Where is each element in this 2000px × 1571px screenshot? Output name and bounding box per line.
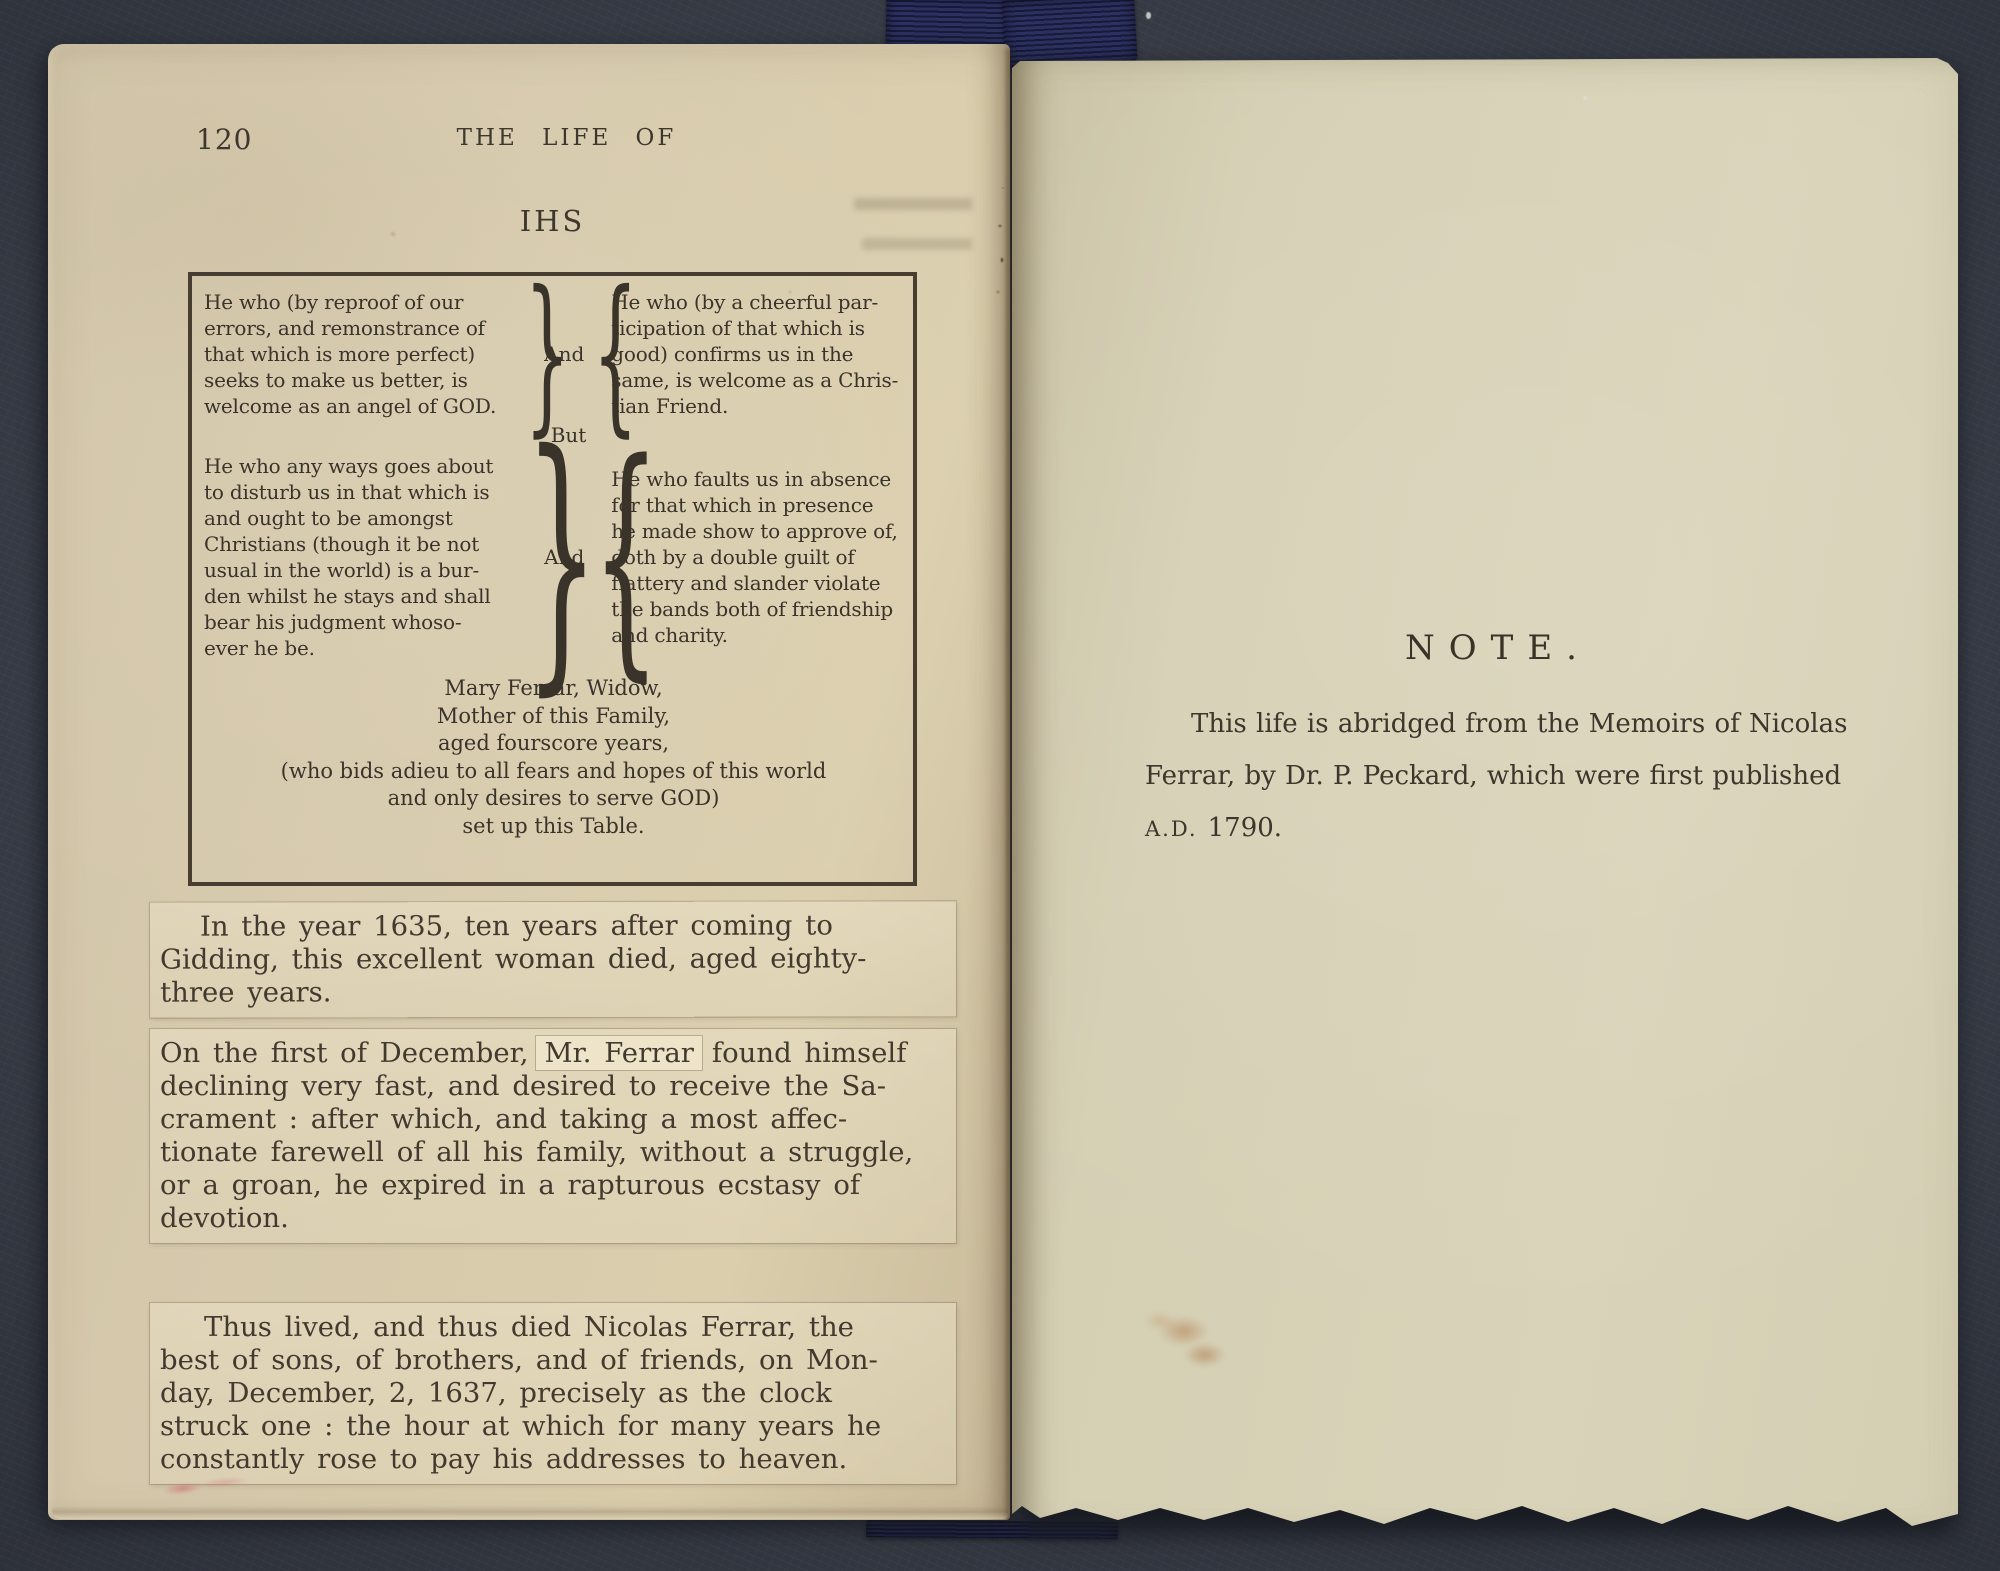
era-abbreviation: A.D. — [1145, 817, 1198, 841]
page-bottom-edge — [52, 1506, 1008, 1519]
note-line-3: A.D.1790. — [1145, 802, 1925, 854]
paragraph-2-start: On the first of December, — [160, 1037, 528, 1069]
paragraph-1: In the year 1635, ten years after coming… — [150, 901, 956, 1017]
opening-brace: { — [593, 459, 604, 656]
table-row1-right-text: He who (by a cheerful par- ticipation of… — [611, 289, 903, 419]
left-page: 120 THE LIFE OF IHS He who (by reproof o… — [48, 44, 1010, 1520]
table-frame: He who (by reproof of our errors, and re… — [188, 272, 917, 886]
publication-year: 1790. — [1208, 813, 1282, 843]
note-line-2: Ferrar, by Dr. P. Peckard, which were fi… — [1145, 750, 1925, 802]
bookmark-ribbon-top-fold — [1002, 0, 1137, 69]
note-heading: NOTE. — [1018, 628, 1964, 668]
book-spread-scan: 120 THE LIFE OF IHS He who (by reproof o… — [0, 0, 2000, 1571]
ihs-monogram: IHS — [188, 204, 917, 238]
table-row-2: He who any ways goes about to disturb us… — [204, 449, 903, 666]
right-page: NOTE. This life is abridged from the Mem… — [1012, 58, 1958, 1538]
closing-brace: } — [525, 449, 536, 666]
note-paragraph: This life is abridged from the Memoirs o… — [1145, 698, 1925, 854]
running-header: THE LIFE OF — [202, 125, 931, 151]
body-text-column: In the year 1635, ten years after coming… — [150, 902, 956, 1484]
rust-stain — [1124, 1296, 1254, 1380]
note-line-1: This life is abridged from the Memoirs o… — [1145, 698, 1925, 750]
paragraph-2: On the first of December,Mr. Ferrarfound… — [150, 1029, 956, 1243]
dust-speck — [1146, 12, 1151, 19]
pasted-name-slip: Mr. Ferrar — [536, 1036, 701, 1070]
paragraph-3: Thus lived, and thus died Nicolas Ferrar… — [150, 1303, 956, 1484]
gutter-shadow — [1006, 48, 1012, 1528]
table-row2-left-text: He who any ways goes about to disturb us… — [204, 453, 517, 661]
table-row1-left-text: He who (by reproof of our errors, and re… — [204, 289, 517, 419]
